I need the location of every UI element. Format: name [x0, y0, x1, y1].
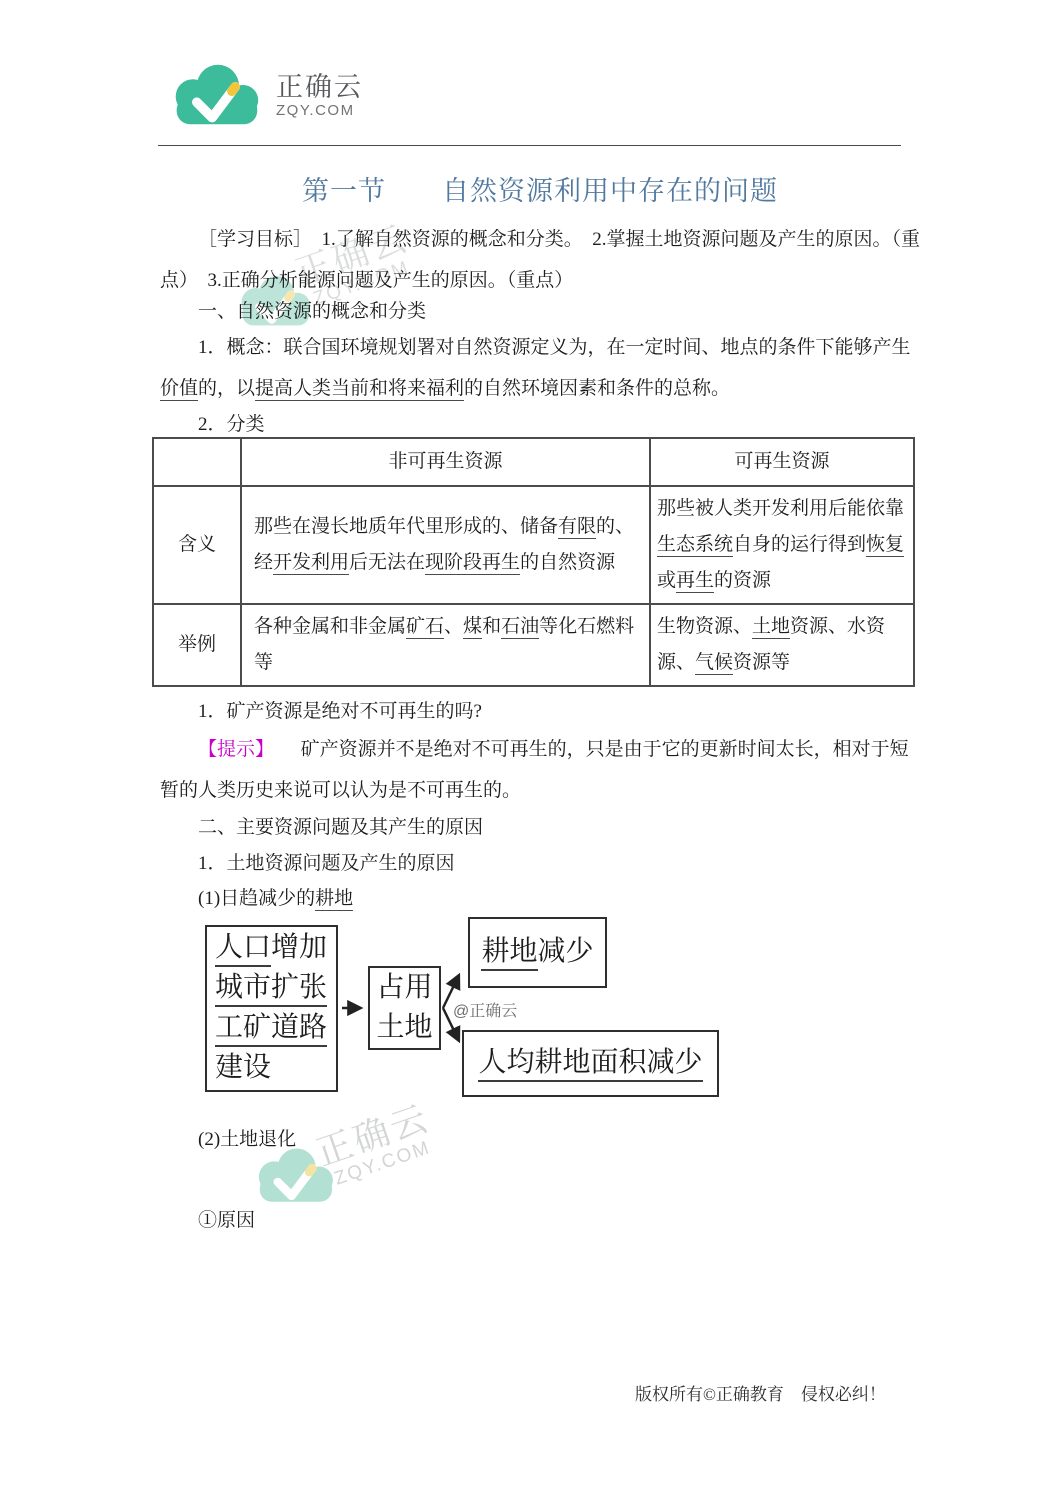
text-segment: 有限 — [558, 516, 596, 539]
text-segment: 减少 — [538, 936, 594, 967]
text-segment: 的，以 — [198, 378, 255, 399]
text-segment: 生态系统 — [657, 534, 733, 557]
text-segment: 工矿道路 — [215, 1012, 327, 1047]
text-segment: 石油 — [501, 616, 539, 639]
text-segment: 的自然环境因素和条件的总称。 — [464, 378, 730, 399]
row-label: 举例 — [153, 604, 241, 686]
hint-label: 【提示】 — [198, 739, 274, 760]
section-two-heading: 二、主要资源问题及其产生的原因 — [160, 807, 920, 848]
meaning-nonrenewable-cell: 那些在漫长地质年代里形成的、储备有限的、经开发利用后无法在现阶段再生的自然资源 — [241, 486, 650, 604]
table-header-empty — [153, 438, 241, 486]
text-segment: 的自然资源 — [520, 552, 615, 573]
table-row: 含义 那些在漫长地质年代里形成的、储备有限的、经开发利用后无法在现阶段再生的自然… — [153, 486, 914, 604]
diagram-watermark-label: @正确云 — [453, 998, 517, 1021]
text-segment: 提高人类当前和将来福利 — [255, 378, 464, 401]
think-question: 1．矿产资源是绝对不可再生的吗? — [160, 691, 920, 732]
text-segment: 人口 — [215, 932, 271, 967]
diagram-line: 建设 — [215, 1048, 328, 1088]
example-renewable-cell: 生物资源、土地资源、水资源、气候资源等 — [650, 604, 914, 686]
meaning-renewable-cell: 那些被人类开发利用后能依靠生态系统自身的运行得到恢复或再生的资源 — [650, 486, 914, 604]
point-land-degradation: (2)土地退化 — [160, 1119, 920, 1160]
header-divider — [158, 145, 901, 146]
text-segment: 现阶段再生 — [425, 552, 520, 575]
page-title: 第一节 自然资源利用中存在的问题 — [160, 169, 920, 208]
logo-cloud-check-icon — [168, 60, 264, 131]
site-logo: 正确云 ZQY.COM — [168, 60, 363, 131]
hint-paragraph: 【提示】矿产资源并不是绝对不可再生的，只是由于它的更新时间太长，相对于短暂的人类… — [160, 729, 920, 811]
classification-table: 非可再生资源 可再生资源 含义 那些在漫长地质年代里形成的、储备有限的、经开发利… — [152, 437, 915, 687]
text-segment: 、 — [444, 616, 463, 637]
diagram-box-causes: 人口增加 城市扩张 工矿道路 建设 — [205, 925, 338, 1092]
text-segment: 煤 — [463, 616, 482, 639]
text-segment: 后无法在 — [349, 552, 425, 573]
table-header-row: 非可再生资源 可再生资源 — [153, 438, 914, 486]
text-segment: 气候 — [695, 652, 733, 675]
logo-domain: ZQY.COM — [276, 102, 363, 120]
text-segment: 耕地 — [315, 888, 353, 911]
row-label: 含义 — [153, 486, 241, 604]
text-segment: 资源等 — [733, 652, 790, 673]
text-segment: 或 — [657, 570, 676, 591]
text-segment: 的资源 — [714, 570, 771, 591]
concept-paragraph: 1．概念：联合国环境规划署对自然资源定义为，在一定时间、地点的条件下能够产生价值… — [160, 327, 920, 409]
table-row: 举例 各种金属和非金属矿石、煤和石油等化石燃料等 生物资源、土地资源、水资源、气… — [153, 604, 914, 686]
text-segment: 人均耕地面积减少 — [478, 1047, 702, 1082]
diagram-box-per-capita-decrease: 人均耕地面积减少 — [462, 1030, 719, 1097]
learning-objectives: ［学习目标］ 1.了解自然资源的概念和分类。 2.掌握土地资源问题及产生的原因。… — [160, 219, 920, 301]
text-segment: 恢复 — [866, 534, 904, 557]
logo-brand: 正确云 — [276, 72, 363, 102]
document-page: 正确云 ZQY.COM 正确云 ZQY.COM 正确云 ZQY.COM 第一节 … — [0, 0, 1058, 1497]
cause-label: ①原因 — [160, 1200, 920, 1241]
text-segment: 那些被人类开发利用后能依靠 — [657, 498, 904, 519]
text-segment: 那些在漫长地质年代里形成的、储备 — [254, 516, 558, 537]
text-segment: 自身的运行得到 — [733, 534, 866, 555]
table-header-nonrenewable: 非可再生资源 — [241, 438, 650, 486]
diagram-line: 占用 — [370, 968, 439, 1008]
text-segment: 耕地 — [481, 936, 537, 971]
text-segment: 1．概念：联合国环境规划署对自然资源定义为，在一定时间、地点的条件下能够产生 — [198, 337, 911, 358]
text-segment: 建设 — [215, 1052, 271, 1083]
diagram-line: 城市扩张 — [215, 968, 328, 1008]
text-segment: 和 — [482, 616, 501, 637]
diagram-line: 土地 — [370, 1008, 439, 1048]
diagram-line: 工矿道路 — [215, 1008, 328, 1048]
footer-copyright: 版权所有©正确教育 侵权必纠！ — [635, 1380, 886, 1405]
text-segment: 增加 — [271, 932, 327, 963]
text-segment: 各种金属和非金属 — [254, 616, 406, 637]
logo-text: 正确云 ZQY.COM — [276, 72, 363, 120]
farmland-flow-diagram: 人口增加 城市扩张 工矿道路 建设 占用 土地 @正确云 耕地减少 人均耕地面积… — [160, 912, 920, 1112]
diagram-box-farmland-decrease: 耕地减少 — [468, 917, 607, 988]
text-segment: 生物资源、 — [657, 616, 752, 637]
text-segment: 城市扩张 — [215, 972, 327, 1007]
diagram-line: 人口增加 — [215, 928, 328, 968]
text-segment: (1)日趋减少的 — [198, 888, 315, 909]
example-nonrenewable-cell: 各种金属和非金属矿石、煤和石油等化石燃料等 — [241, 604, 650, 686]
text-segment: 开发利用 — [273, 552, 349, 575]
section-one-heading: 一、自然资源的概念和分类 — [160, 291, 920, 332]
text-segment: 价值 — [160, 378, 198, 401]
table-header-renewable: 可再生资源 — [650, 438, 914, 486]
text-segment: 土地 — [752, 616, 790, 639]
diagram-box-occupy-land: 占用 土地 — [368, 966, 441, 1050]
text-segment: 矿石 — [406, 616, 444, 639]
text-segment: 再生 — [676, 570, 714, 593]
